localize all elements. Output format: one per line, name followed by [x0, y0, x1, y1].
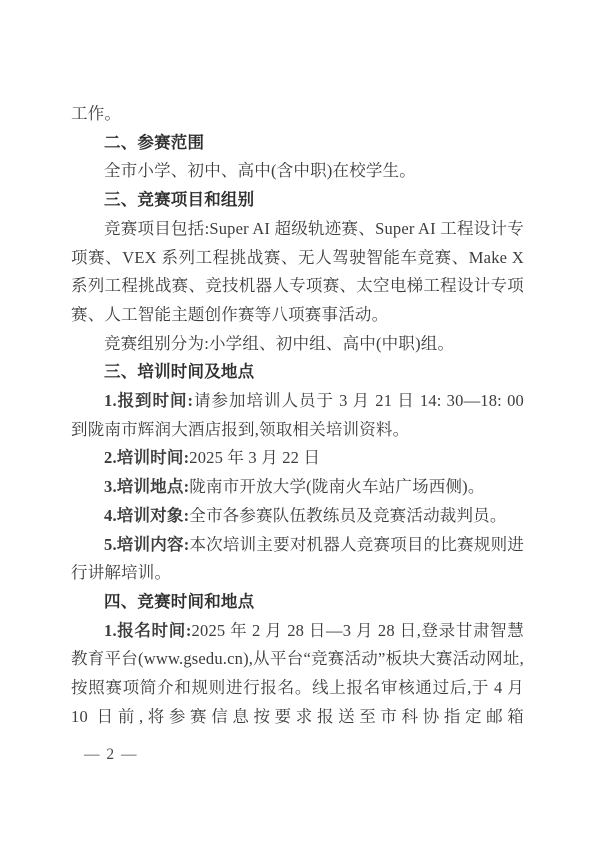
text-run: 2025 年 3 月 22 日 — [189, 448, 320, 467]
document-page: 工作。二、参赛范围全市小学、初中、高中(含中职)在校学生。三、竞赛项目和组别竞赛… — [0, 0, 595, 841]
text-run: 陇南市开放大学(陇南火车站广场西侧)。 — [189, 477, 484, 496]
text-run: 全市各参赛队伍教练员及竞赛活动裁判员。 — [189, 506, 506, 525]
text-run: 工作。 — [71, 104, 121, 123]
paragraph: 5.培训内容:本次培训主要对机器人竞赛项目的比赛规则进行讲解培训。 — [71, 531, 524, 588]
text-run: 竞赛组别分为:小学组、初中组、高中(中职)组。 — [104, 334, 454, 353]
page-number: — 2 — — [84, 746, 138, 764]
paragraph: 全市小学、初中、高中(含中职)在校学生。 — [71, 157, 524, 186]
bold-label: 1.报名时间: — [104, 621, 192, 640]
text-run: 全市小学、初中、高中(含中职)在校学生。 — [104, 161, 416, 180]
paragraph: 1.报到时间:请参加培训人员于 3 月 21 日 14: 30—18: 00 到… — [71, 387, 524, 444]
text-run: 竞赛项目包括:Super AI 超级轨迹赛、Super AI 工程设计专项赛、V… — [71, 219, 524, 324]
section-heading: 二、参赛范围 — [71, 129, 524, 158]
paragraph: 竞赛项目包括:Super AI 超级轨迹赛、Super AI 工程设计专项赛、V… — [71, 215, 524, 330]
bold-label: 3.培训地点: — [104, 477, 189, 496]
bold-label: 二、参赛范围 — [104, 134, 204, 152]
section-heading: 三、培训时间及地点 — [71, 358, 524, 387]
paragraph: 1.报名时间:2025 年 2 月 28 日—3 月 28 日,登录甘肃智慧教育… — [71, 617, 524, 732]
paragraph: 竞赛组别分为:小学组、初中组、高中(中职)组。 — [71, 330, 524, 359]
paragraph: 2.培训时间:2025 年 3 月 22 日 — [71, 444, 524, 473]
paragraph: 3.培训地点:陇南市开放大学(陇南火车站广场西侧)。 — [71, 473, 524, 502]
bold-label: 四、竞赛时间和地点 — [104, 593, 254, 611]
bold-label: 三、培训时间及地点 — [104, 363, 254, 381]
section-heading: 三、竞赛项目和组别 — [71, 186, 524, 215]
section-heading: 四、竞赛时间和地点 — [71, 588, 524, 617]
document-body: 工作。二、参赛范围全市小学、初中、高中(含中职)在校学生。三、竞赛项目和组别竞赛… — [71, 100, 524, 731]
paragraph: 4.培训对象:全市各参赛队伍教练员及竞赛活动裁判员。 — [71, 502, 524, 531]
bold-label: 5.培训内容: — [104, 535, 189, 554]
paragraph: 工作。 — [71, 100, 524, 129]
bold-label: 4.培训对象: — [104, 506, 189, 525]
bold-label: 三、竞赛项目和组别 — [104, 191, 254, 209]
bold-label: 2.培训时间: — [104, 448, 189, 467]
bold-label: 1.报到时间: — [104, 391, 193, 410]
